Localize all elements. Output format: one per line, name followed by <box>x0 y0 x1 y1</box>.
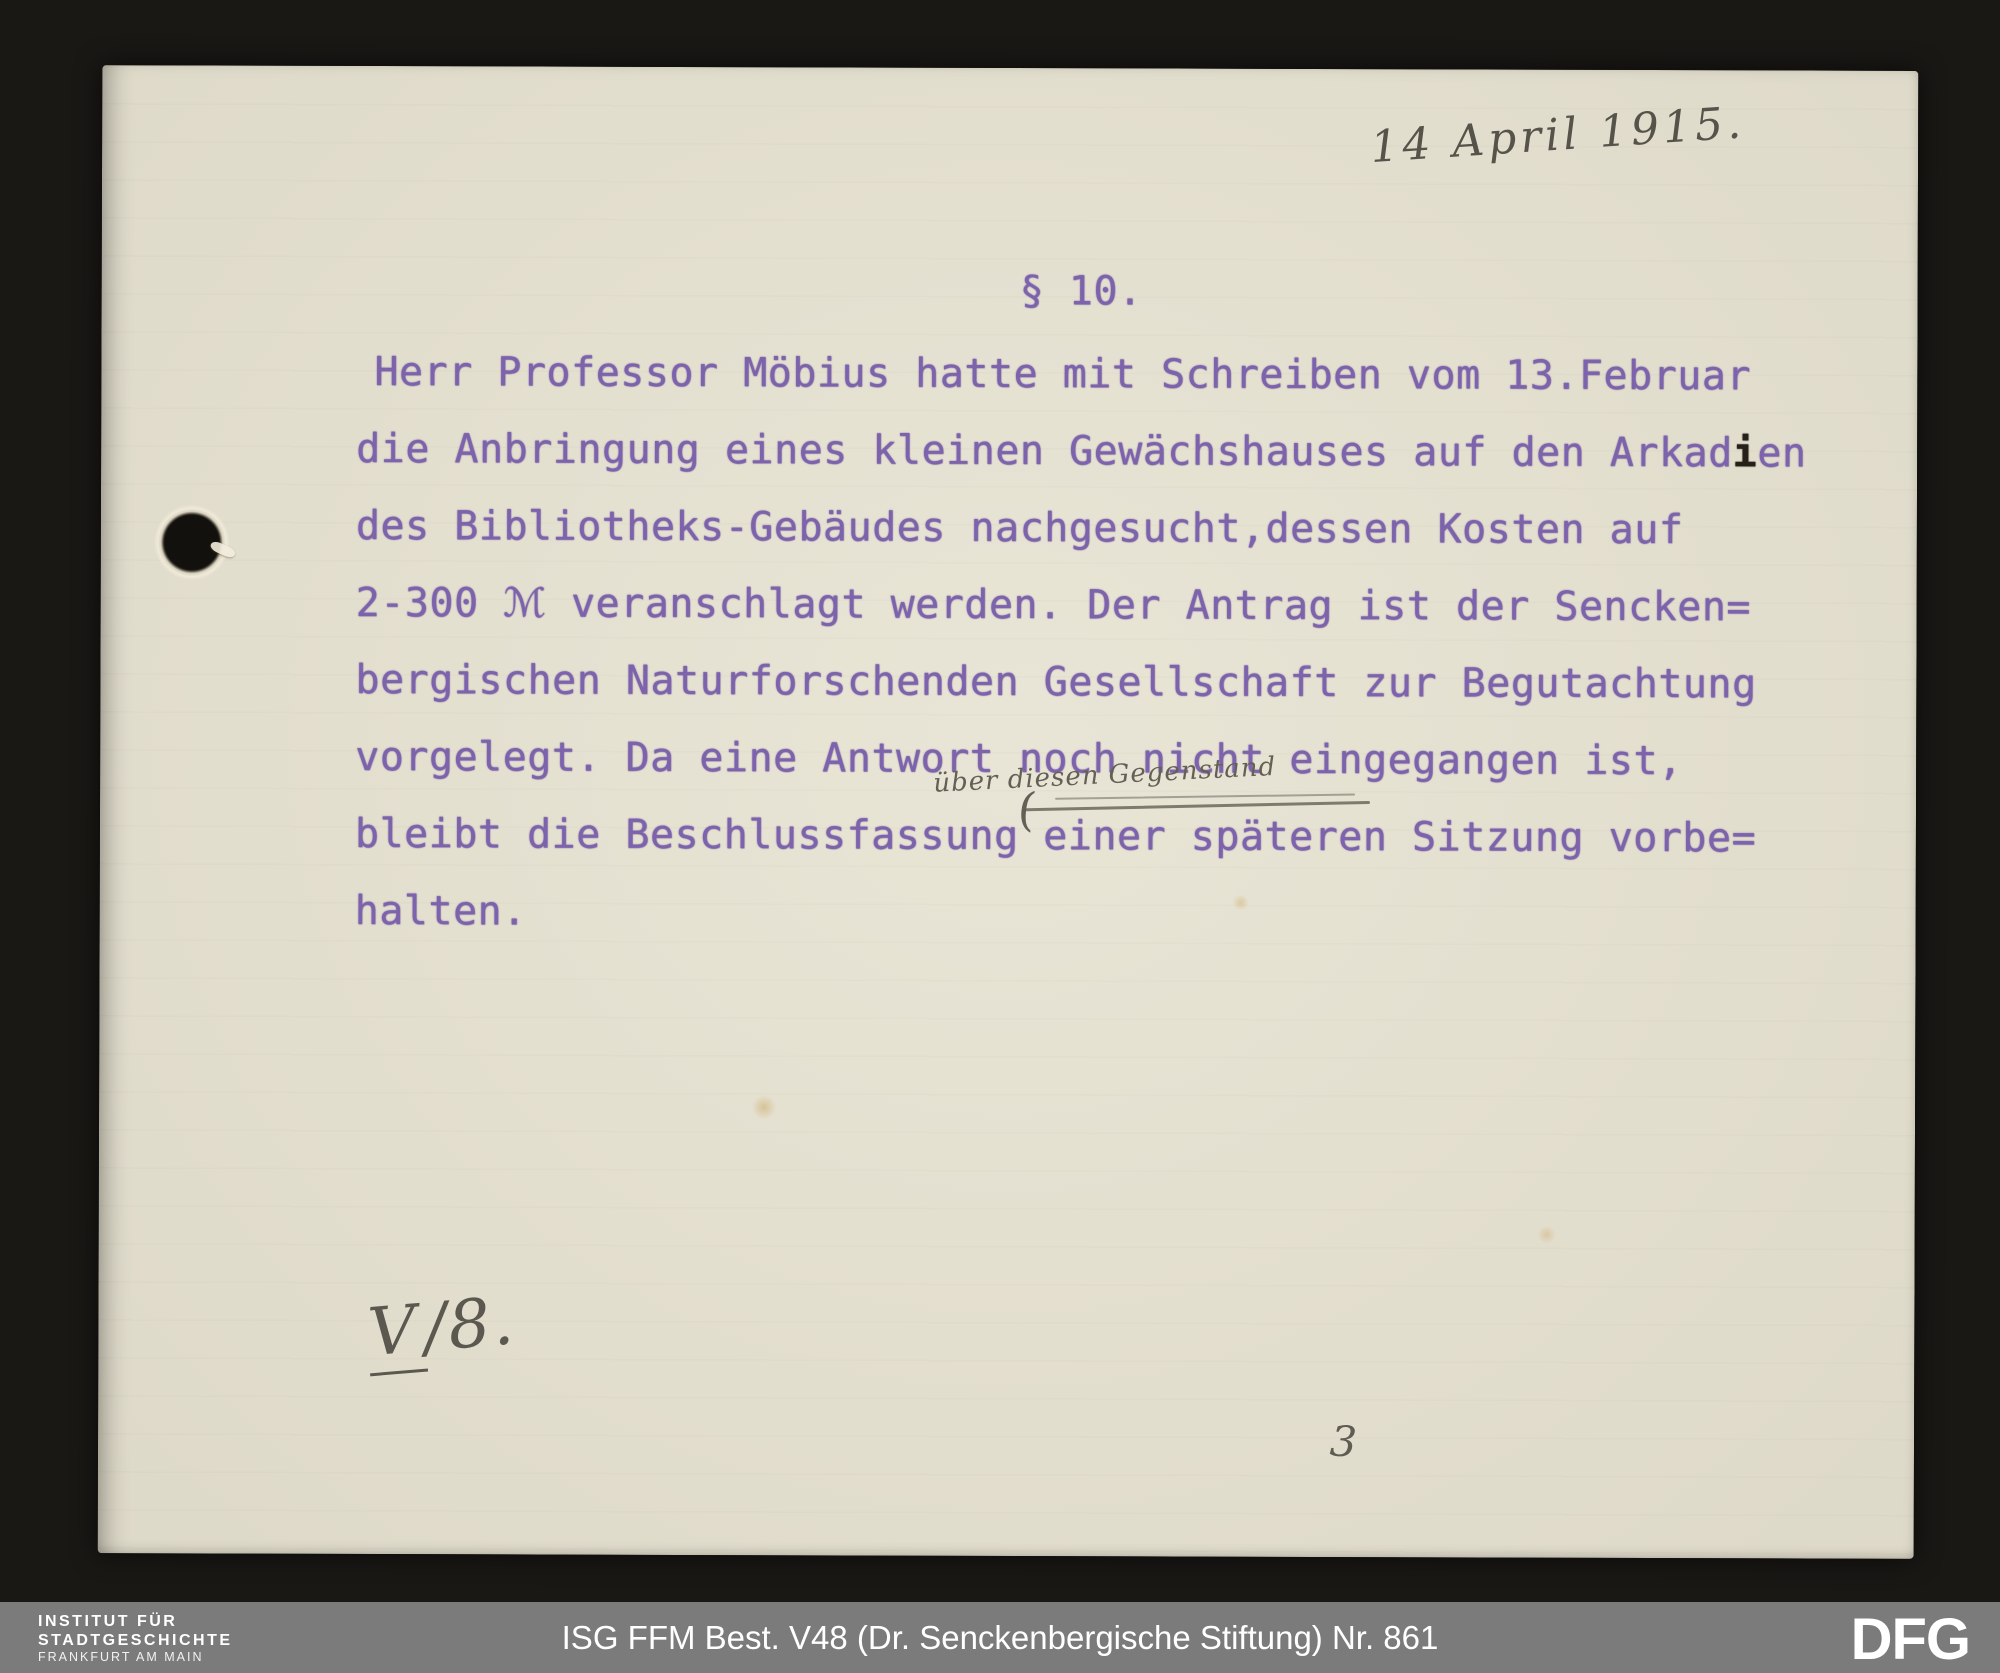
line-segment: en <box>1757 430 1806 476</box>
dfg-logo: DFG <box>1851 1606 1970 1673</box>
line-segment: die Anbringung eines kleinen Gewächshaus… <box>356 426 1733 476</box>
pencil-page-number: 3 <box>1329 1416 1358 1466</box>
paper-stain <box>1232 895 1250 911</box>
paper-stain <box>1537 1226 1557 1244</box>
section-heading: § 10. <box>1020 268 1143 314</box>
typewritten-line: halten. <box>355 873 1835 955</box>
document-scan: 14 April 1915. § 10. Herr Professor Möbi… <box>98 65 1919 1559</box>
scan-viewer-page: 14 April 1915. § 10. Herr Professor Möbi… <box>0 0 2000 1673</box>
registry-mark-number: /8. <box>421 1282 518 1366</box>
typewritten-line: 2-300 ℳ veranschlagt werden. Der Antrag … <box>356 565 1836 647</box>
typewritten-line: bergischen Naturforschenden Gesellschaft… <box>355 642 1835 724</box>
typewritten-line: des Bibliotheks-Gebäudes nachgesucht,des… <box>356 488 1836 570</box>
footer-bar: INSTITUT FÜR STADTGESCHICHTE FRANKFURT A… <box>0 1602 2000 1673</box>
registry-mark: V/8. <box>363 1282 518 1371</box>
archive-reference: ISG FFM Best. V48 (Dr. Senckenbergische … <box>0 1602 2000 1673</box>
typewritten-line: die Anbringung eines kleinen Gewächshaus… <box>356 411 1836 493</box>
registry-mark-letter: V <box>363 1290 427 1377</box>
punch-hole <box>154 504 230 580</box>
overstruck-character: i <box>1733 430 1758 476</box>
typewritten-line: Herr Professor Möbius hatte mit Schreibe… <box>356 334 1836 416</box>
typewritten-paragraph: Herr Professor Möbius hatte mit Schreibe… <box>355 334 1837 955</box>
handwritten-date: 14 April 1915. <box>1369 97 1747 173</box>
paper-stain <box>751 1095 777 1119</box>
